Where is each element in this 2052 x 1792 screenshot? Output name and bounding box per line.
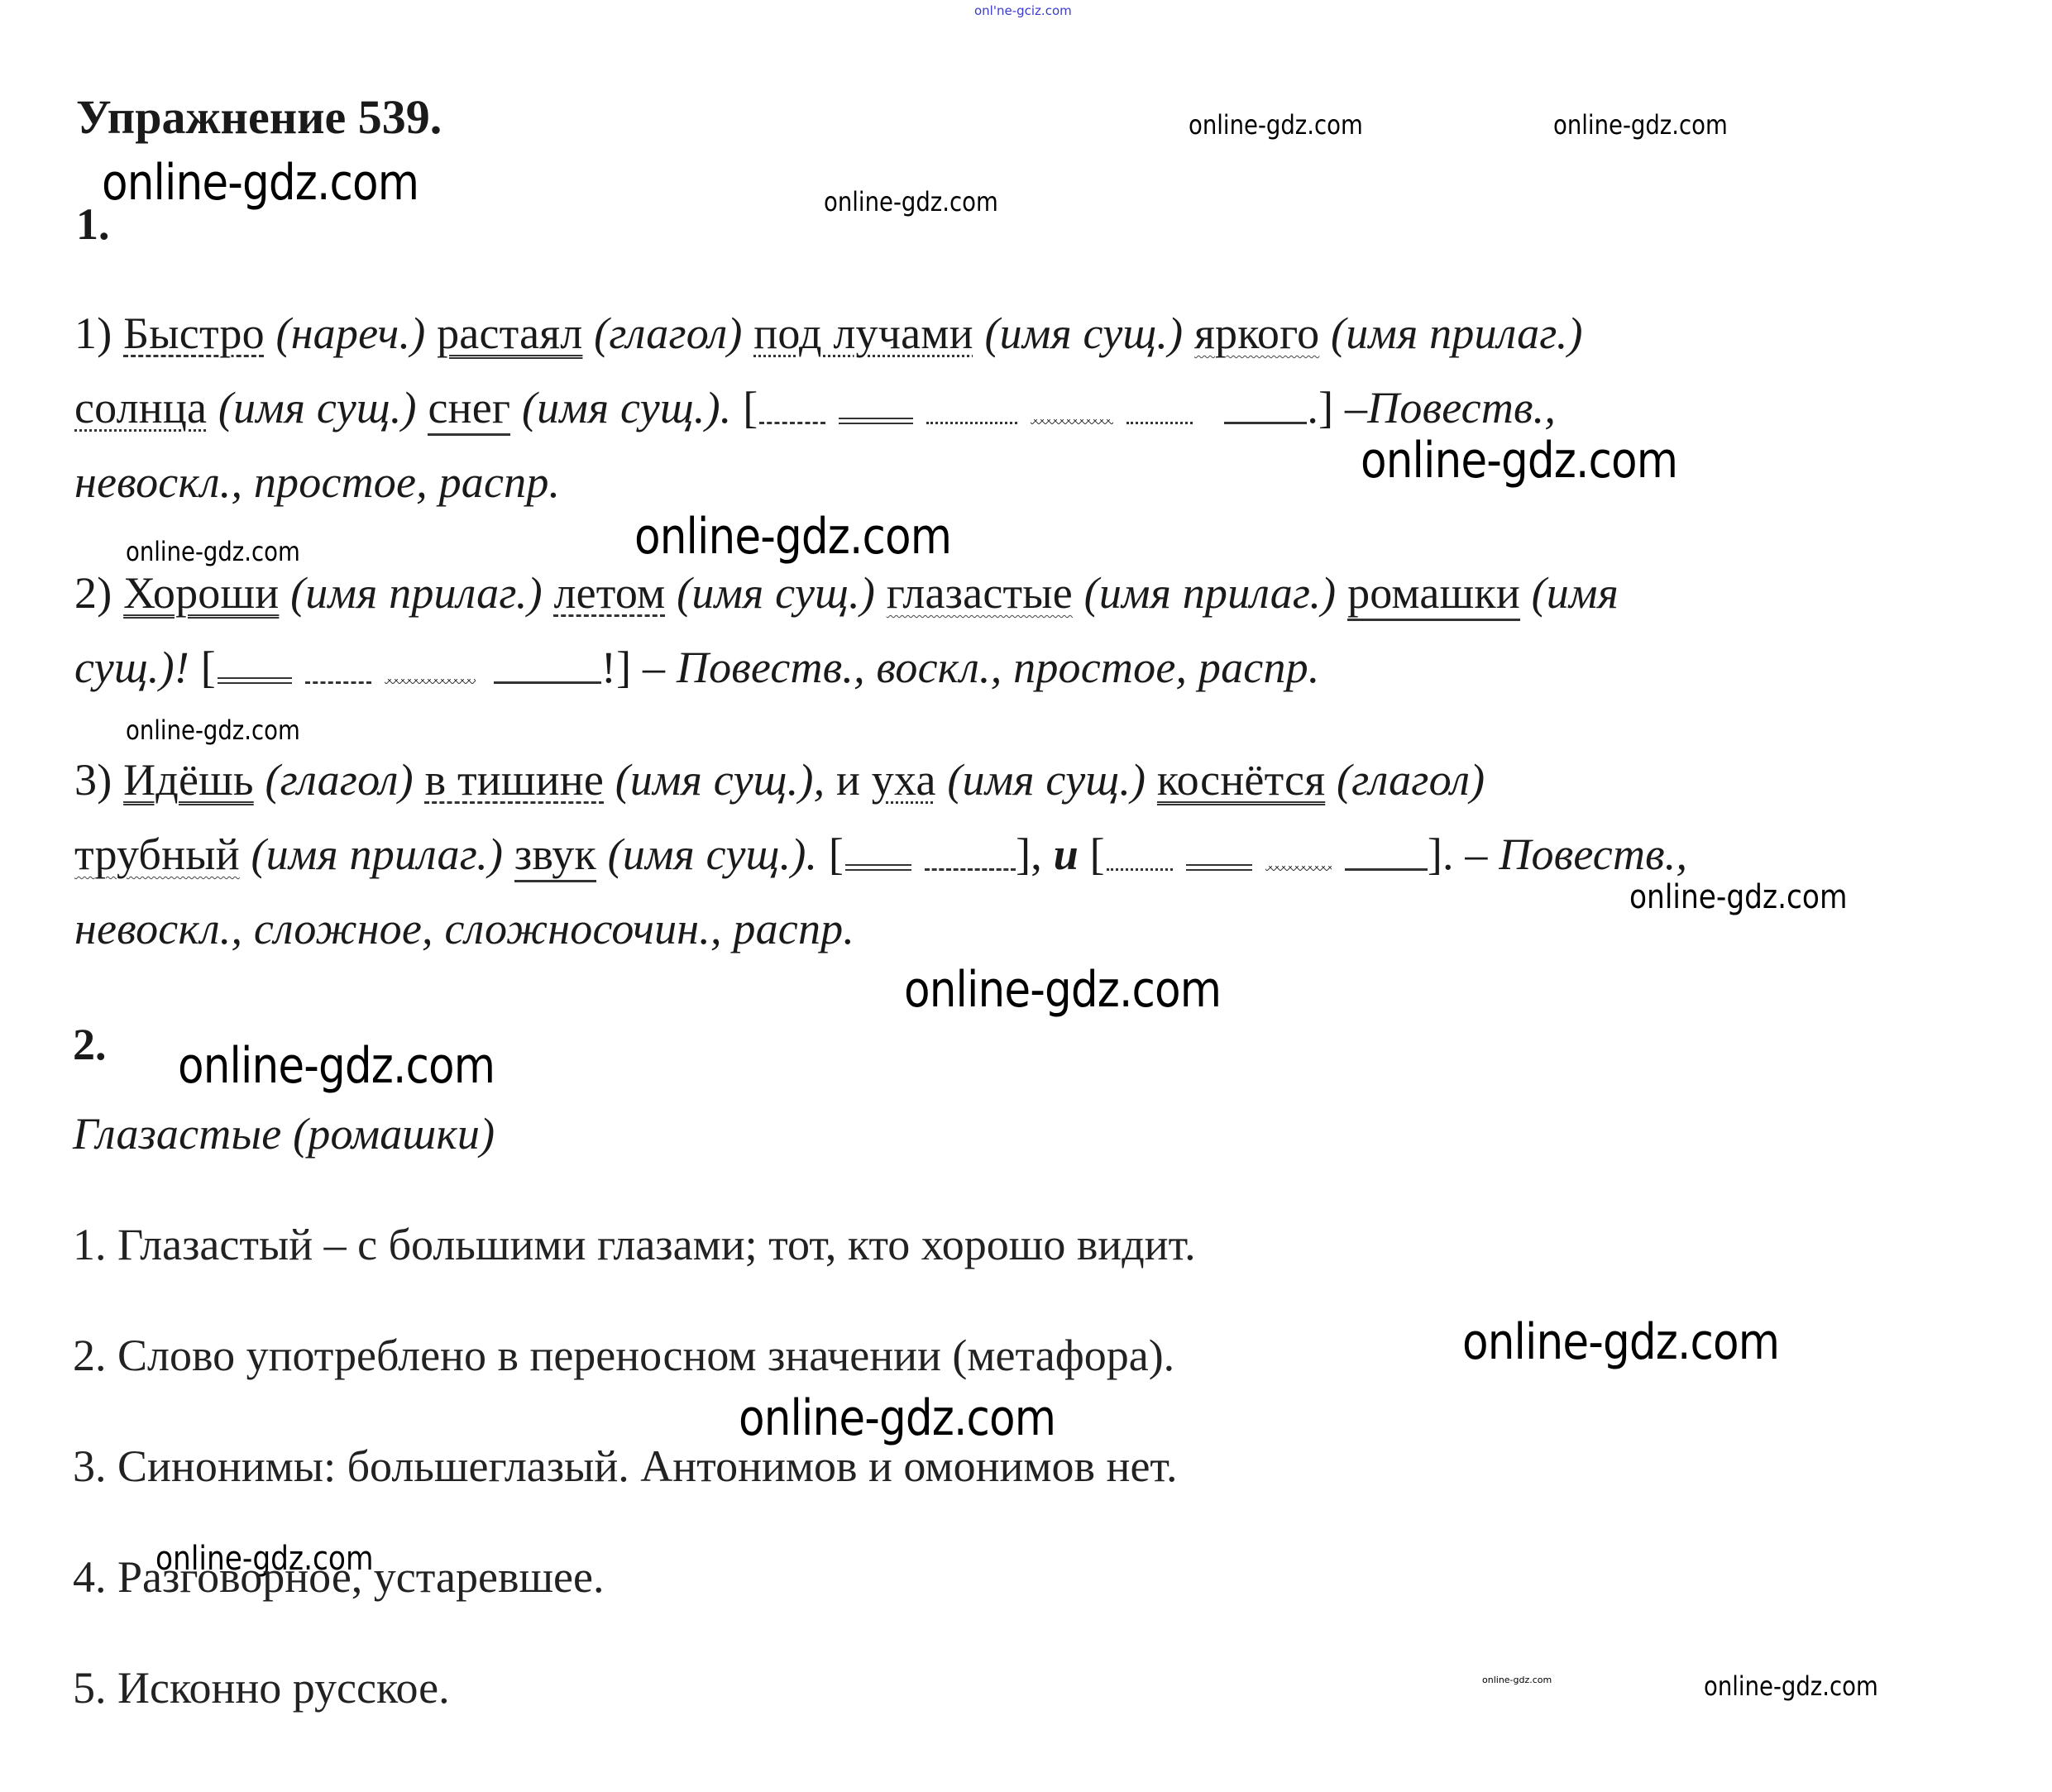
watermark: online-gdz.com [1189, 109, 1363, 141]
item-number: 2) [74, 568, 112, 618]
word: звук [514, 829, 596, 882]
word: Хороши [123, 568, 279, 618]
sentence-2-line-2: сущ.)! [!] – Повеств., воскл., простое, … [74, 642, 1320, 693]
word: солнца [74, 383, 207, 432]
watermark: online-gdz.com [1361, 432, 1677, 490]
pos-label: (имя прилаг.) [251, 829, 504, 879]
word: коснётся [1157, 755, 1325, 805]
watermark: online-gdz.com [1629, 878, 1847, 916]
item-number: 3) [74, 755, 112, 805]
word: глазастые [887, 568, 1073, 618]
sentence-description: – Повеств., воскл., простое, распр. [643, 643, 1320, 692]
pos-label: (глагол) [1337, 755, 1485, 805]
word: Идёшь [123, 755, 254, 805]
watermark: online-gdz.com [634, 508, 951, 566]
watermark: online-gdz.com [1482, 1675, 1552, 1685]
analysis-point-4: 4. Разговорное, устаревшее. [73, 1551, 604, 1603]
pos-label: (имя сущ.). [608, 829, 818, 879]
word: под лучами [753, 308, 973, 358]
word: растаял [437, 308, 582, 358]
word: в тишине [425, 755, 604, 805]
pos-label: (имя сущ.) [677, 568, 875, 618]
item-number: 1) [74, 308, 112, 358]
pos-label: (нареч.) [276, 308, 426, 358]
sentence-3-description: невоскл., сложное, сложносочин., распр. [74, 903, 854, 954]
word: и [836, 755, 860, 805]
pos-label: (имя прилаг.) [1331, 308, 1583, 358]
sentence-3-line-2: трубный (имя прилаг.) звук (имя сущ.). [… [74, 829, 1687, 880]
pos-label: (имя прилаг.) [1084, 568, 1337, 618]
watermark: online-gdz.com [126, 714, 300, 746]
pos-label: сущ.)! [74, 643, 189, 692]
section-2-heading: Глазастые (ромашки) [73, 1108, 495, 1159]
word: летом [553, 568, 665, 618]
word: снег [428, 383, 510, 436]
analysis-point-2: 2. Слово употреблено в переносном значен… [73, 1330, 1174, 1381]
word: ромашки [1347, 568, 1520, 621]
watermark: online-gdz.com [824, 186, 998, 217]
section-2-number: 2. [73, 1019, 107, 1070]
word: Быстро [123, 308, 265, 358]
sentence-description: –Повеств., [1345, 383, 1556, 432]
sentence-schema: [], и []. [829, 829, 1454, 879]
sentence-1-line-2: солнца (имя сущ.) снег (имя сущ.). [.] –… [74, 382, 1556, 433]
analysis-point-5: 5. Исконно русское. [73, 1662, 450, 1713]
watermark: online-gdz.com [102, 154, 419, 212]
pos-label: (имя сущ.), [615, 755, 825, 805]
sentence-schema: [!] [201, 643, 632, 692]
word: трубный [74, 829, 240, 879]
watermark: online-gdz.com [178, 1037, 495, 1095]
pos-label: (имя [1532, 568, 1619, 618]
watermark: online-gdz.com [739, 1389, 1055, 1447]
watermark: online-gdz.com [1704, 1670, 1878, 1702]
sentence-2-line-1: 2) Хороши (имя прилаг.) летом (имя сущ.)… [74, 567, 1619, 619]
watermark: online-gdz.com [1462, 1313, 1779, 1371]
pos-label: (имя сущ.) [218, 383, 417, 432]
sentence-description: – Повеств., [1465, 829, 1687, 879]
pos-label: (имя сущ.) [947, 755, 1146, 805]
section-1-number: 1. [76, 198, 110, 250]
watermark: onl'ne-gciz.com [974, 3, 1072, 18]
page-title: Упражнение 539. [76, 89, 442, 145]
pos-label: (глагол) [265, 755, 413, 805]
pos-label: (имя сущ.) [984, 308, 1183, 358]
sentence-1-line-1: 1) Быстро (нареч.) растаял (глагол) под … [74, 308, 1583, 359]
pos-label: (имя прилаг.) [290, 568, 543, 618]
word: уха [872, 755, 936, 805]
sentence-3-line-1: 3) Идёшь (глагол) в тишине (имя сущ.), и… [74, 754, 1485, 805]
watermark: online-gdz.com [904, 961, 1221, 1019]
word: яркого [1194, 308, 1319, 358]
sentence-schema: [.] [743, 383, 1333, 432]
pos-label: (имя сущ.). [522, 383, 732, 432]
pos-label: (глагол) [594, 308, 742, 358]
analysis-point-1: 1. Глазастый – с большими глазами; тот, … [73, 1219, 1196, 1270]
analysis-point-3: 3. Синонимы: большеглазый. Антонимов и о… [73, 1441, 1177, 1492]
sentence-1-description: невоскл., простое, распр. [74, 456, 560, 508]
watermark: online-gdz.com [1553, 109, 1728, 141]
watermark: online-gdz.com [126, 536, 300, 567]
